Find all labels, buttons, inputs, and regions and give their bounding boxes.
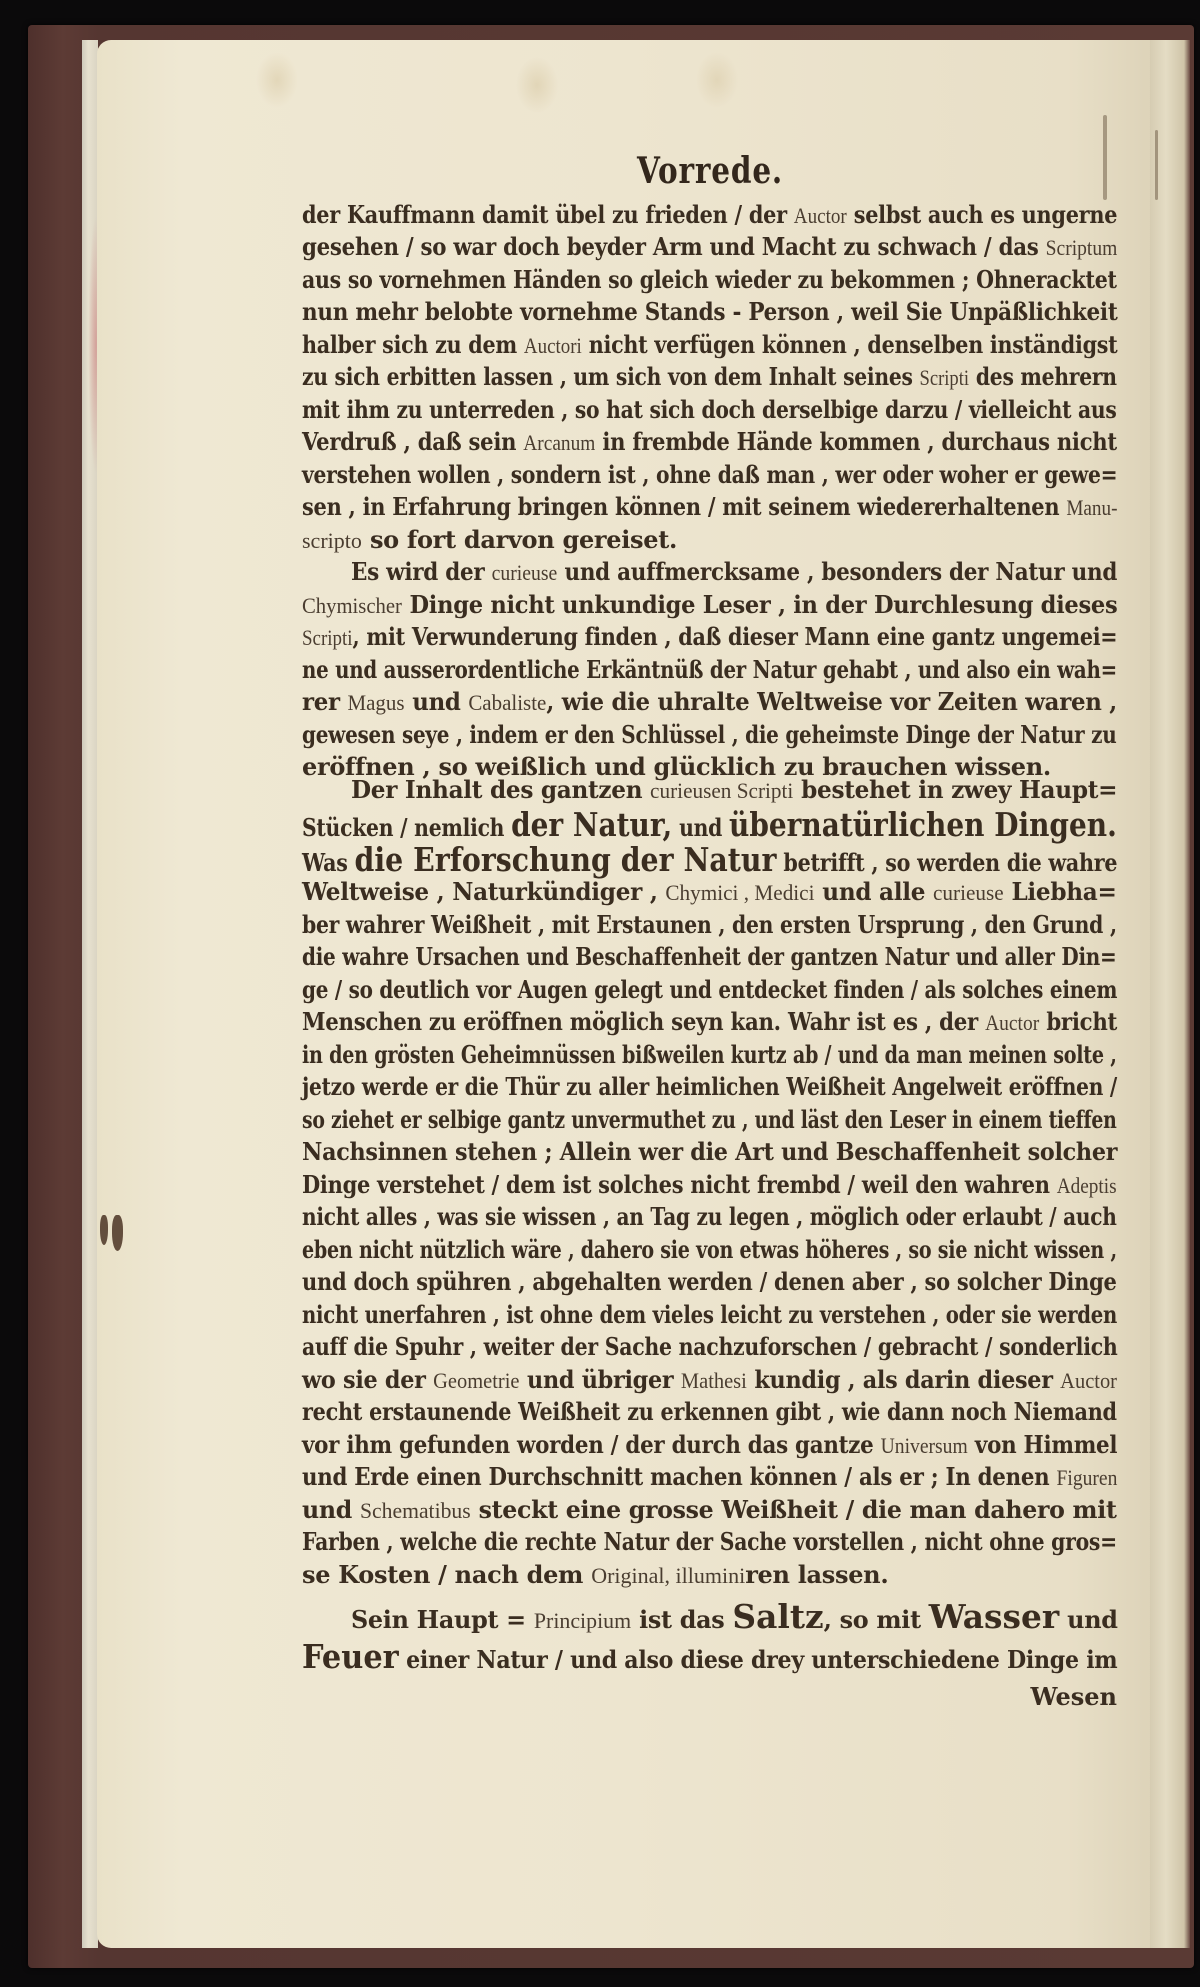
fraktur-text: in frembde Hände kommen , durchaus nicht: [595, 427, 1117, 456]
text-line: jetzo werde er die Thür zu aller heimlic…: [302, 1070, 1117, 1104]
fraktur-text: und alle: [815, 877, 933, 906]
fraktur-text: der Kauffmann damit übel zu frieden / de…: [302, 200, 794, 229]
fraktur-text: gewesen seye , indem er den Schlüssel , …: [302, 720, 1117, 749]
fraktur-text: so ziehet er selbige gantz unvermuthet z…: [302, 1105, 1117, 1134]
text-line: se Kosten / nach dem Original, illuminir…: [302, 1558, 1117, 1592]
text-line: in den grösten Geheimnüssen bißweilen ku…: [302, 1038, 1117, 1072]
fraktur-text: auff die Spuhr , weiter der Sache nachzu…: [302, 1332, 1118, 1361]
fraktur-text: eben nicht nützlich wäre , dahero sie vo…: [302, 1235, 1117, 1264]
fraktur-text: ren lassen.: [745, 1560, 888, 1589]
antiqua-word: Schematibus: [360, 1498, 471, 1523]
antiqua-word: Magus: [347, 690, 404, 715]
fraktur-text: , so mit: [824, 1605, 929, 1634]
fraktur-text: und: [1059, 1605, 1117, 1634]
antiqua-word: Auctor: [985, 1010, 1039, 1035]
text-line: recht erstaunende Weißheit zu erkennen g…: [302, 1395, 1117, 1429]
fraktur-text: Verdruß , daß sein: [302, 427, 523, 456]
text-line: ber wahrer Weißheit , mit Erstaunen , de…: [302, 908, 1117, 942]
fraktur-text: und: [302, 1495, 360, 1524]
text-line: vor ihm gefunden worden / der durch das …: [302, 1428, 1117, 1462]
text-line: Dinge verstehet / dem ist solches nicht …: [302, 1168, 1117, 1202]
fraktur-text: Stücken / nemlich: [302, 813, 511, 842]
text-line: Sein Haupt = Principium ist das Saltz, s…: [351, 1600, 1117, 1634]
fraktur-text: Liebha=: [1004, 877, 1117, 906]
fraktur-text: Es wird der: [351, 557, 492, 586]
text-line: auff die Spuhr , weiter der Sache nachzu…: [302, 1330, 1117, 1364]
antiqua-word: Chymischer: [302, 593, 402, 618]
fraktur-text: verstehen wollen , sondern ist , ohne da…: [302, 460, 1117, 489]
text-line: aus so vornehmen Händen so gleich wieder…: [302, 263, 1117, 297]
fraktur-text: die wahre Ursachen und Beschaffenheit de…: [302, 942, 1117, 971]
fraktur-text: und übriger: [520, 1365, 681, 1394]
antiqua-word: Auctori: [524, 333, 582, 358]
fraktur-text: und doch spühren , abgehalten werden / d…: [302, 1267, 1117, 1296]
antiqua-word: Auctor: [1060, 1368, 1117, 1393]
text-line: nun mehr belobte vornehme Stands - Perso…: [302, 295, 1117, 329]
fraktur-text: rer: [302, 687, 347, 716]
antiqua-word: Figuren: [1057, 1465, 1118, 1490]
text-line: Feuer einer Natur / und also diese drey …: [302, 1640, 1117, 1674]
text-line: und Erde einen Durchschnitt machen könne…: [302, 1460, 1117, 1494]
fraktur-text: recht erstaunende Weißheit zu erkennen g…: [302, 1397, 1117, 1426]
text-line: nicht alles , was sie wissen , an Tag zu…: [302, 1200, 1117, 1234]
text-line: Der Inhalt des gantzen curieusen Scripti…: [351, 773, 1117, 807]
fraktur-text: Was: [302, 848, 355, 877]
fraktur-text: Dinge verstehet / dem ist solches nicht …: [302, 1170, 1057, 1199]
fraktur-text: Dinge nicht unkundige Leser , in der Dur…: [402, 590, 1117, 619]
antiqua-word: curieusen Scripti: [650, 778, 793, 803]
fraktur-text: se Kosten / nach dem: [302, 1560, 591, 1589]
antiqua-word: Chymici , Medici: [665, 880, 814, 905]
fraktur-text: ge / so deutlich vor Augen gelegt und en…: [302, 975, 1117, 1004]
text-line: Was die Erforschung der Natur betrifft ,…: [302, 843, 1117, 877]
fraktur-text: so fort darvon gereiset.: [362, 525, 677, 554]
fraktur-text: zu sich erbitten lassen , um sich von de…: [302, 362, 919, 391]
fraktur-text: nicht alles , was sie wissen , an Tag zu…: [302, 1202, 1117, 1231]
fraktur-text: bestehet in zwey Haupt=: [793, 775, 1117, 804]
paper-damage-speck: [1155, 130, 1158, 200]
antiqua-word: Scripti: [919, 365, 969, 390]
fraktur-text: nicht verfügen können , denselben instän…: [582, 330, 1118, 359]
text-line: zu sich erbitten lassen , um sich von de…: [302, 360, 1117, 394]
text-line: und doch spühren , abgehalten werden / d…: [302, 1265, 1117, 1299]
text-line: die wahre Ursachen und Beschaffenheit de…: [302, 940, 1117, 974]
fraktur-text: in den grösten Geheimnüssen bißweilen ku…: [302, 1040, 1117, 1069]
text-line: so ziehet er selbige gantz unvermuthet z…: [302, 1103, 1117, 1137]
page-gutter: [1150, 40, 1190, 1948]
text-line: Farben , welche die rechte Natur der Sac…: [302, 1525, 1117, 1559]
fraktur-text: von Himmel: [968, 1430, 1118, 1459]
fraktur-text: ne und ausserordentliche Erkäntnüß der N…: [302, 655, 1117, 684]
antiqua-word: Geometrie: [433, 1368, 519, 1393]
fraktur-text: sen , in Erfahrung bringen können / mit …: [302, 492, 1066, 521]
text-line: Stücken / nemlich der Natur, und übernat…: [302, 808, 1117, 842]
paper-damage-speck: [1103, 115, 1107, 200]
fraktur-text: und auffmercksame , besonders der Natur …: [557, 557, 1117, 586]
emphasis-word: Wasser: [929, 1597, 1059, 1636]
fraktur-text: Farben , welche die rechte Natur der Sac…: [302, 1527, 1117, 1556]
fraktur-text: nun mehr belobte vornehme Stands - Perso…: [302, 297, 1118, 326]
text-line: der Kauffmann damit übel zu frieden / de…: [302, 198, 1117, 232]
text-line: gesehen / so war doch beyder Arm und Mac…: [302, 230, 1117, 264]
antiqua-word: Mathesi: [681, 1368, 747, 1393]
text-line: mit ihm zu unterreden , so hat sich doch…: [302, 393, 1117, 427]
fraktur-text: und Erde einen Durchschnitt machen könne…: [302, 1462, 1057, 1491]
fraktur-text: steckt eine grosse Weißheit / die man da…: [471, 1495, 1117, 1524]
text-line: rer Magus und Cabaliste, wie die uhralte…: [302, 685, 1117, 719]
text-line: sen , in Erfahrung bringen können / mit …: [302, 490, 1117, 524]
antiqua-word: Original, illumini: [591, 1563, 745, 1588]
emphasis-word: die Erforschung der Natur: [355, 840, 777, 879]
antiqua-word: Scriptum: [1046, 235, 1118, 260]
text-line: wo sie der Geometrie und übriger Mathesi…: [302, 1363, 1117, 1397]
antiqua-word: curieuse: [492, 560, 558, 585]
fraktur-text: Sein Haupt =: [351, 1605, 534, 1634]
emphasis-word: übernatürlichen Dingen.: [729, 805, 1117, 844]
fraktur-text: , wie die uhralte Weltweise vor Zeiten w…: [546, 687, 1117, 716]
fraktur-text: des mehrern: [969, 362, 1117, 391]
fraktur-text: Der Inhalt des gantzen: [351, 775, 650, 804]
catchword: Wesen: [1000, 1680, 1117, 1714]
fraktur-text: ber wahrer Weißheit , mit Erstaunen , de…: [302, 910, 1117, 939]
antiqua-word: scripto: [302, 528, 362, 553]
fraktur-text: betrifft , so werden die wahre: [776, 848, 1117, 877]
antiqua-word: Scripti: [302, 625, 353, 650]
fraktur-text: wo sie der: [302, 1365, 433, 1394]
antiqua-word: Manu-: [1066, 495, 1117, 520]
fraktur-text: Nachsinnen stehen ; Allein wer die Art u…: [302, 1137, 1117, 1166]
fraktur-text: kundig , als darin dieser: [747, 1365, 1060, 1394]
emphasis-word: Saltz: [732, 1597, 823, 1636]
emphasis-word: der Natur,: [511, 805, 672, 844]
fraktur-text: selbst auch es ungerne: [847, 200, 1117, 229]
text-line: Chymischer Dinge nicht unkundige Leser ,…: [302, 588, 1117, 622]
fraktur-text: und: [672, 813, 729, 842]
antiqua-word: Principium: [534, 1608, 631, 1633]
text-line: verstehen wollen , sondern ist , ohne da…: [302, 458, 1117, 492]
text-line: eben nicht nützlich wäre , dahero sie vo…: [302, 1233, 1117, 1267]
fraktur-text: und: [405, 687, 469, 716]
text-line: nicht unerfahren , ist ohne dem vieles l…: [302, 1298, 1117, 1332]
antiqua-word: Auctor: [794, 203, 847, 228]
antiqua-word: Universum: [881, 1433, 968, 1458]
text-line: ge / so deutlich vor Augen gelegt und en…: [302, 973, 1117, 1007]
text-line: ne und ausserordentliche Erkäntnüß der N…: [302, 653, 1117, 687]
fraktur-text: nicht unerfahren , ist ohne dem vieles l…: [302, 1300, 1117, 1329]
running-head: Vorrede.: [620, 150, 800, 192]
fraktur-text: jetzo werde er die Thür zu aller heimlic…: [302, 1072, 1117, 1101]
text-line: Menschen zu eröffnen möglich seyn kan. W…: [302, 1005, 1117, 1039]
fraktur-text: ist das: [631, 1605, 732, 1634]
fraktur-text: Weltweise , Naturkündiger ,: [302, 877, 665, 906]
emphasis-word: Feuer: [302, 1637, 399, 1676]
marginal-ink-mark: [100, 1215, 124, 1251]
fraktur-text: aus so vornehmen Händen so gleich wieder…: [302, 265, 1117, 294]
text-line: Nachsinnen stehen ; Allein wer die Art u…: [302, 1135, 1117, 1169]
antiqua-word: curieuse: [933, 880, 1004, 905]
text-line: halber sich zu dem Auctori nicht verfüge…: [302, 328, 1117, 362]
fraktur-text: bricht: [1039, 1007, 1117, 1036]
fraktur-text: Menschen zu eröffnen möglich seyn kan. W…: [302, 1007, 985, 1036]
text-line: gewesen seye , indem er den Schlüssel , …: [302, 718, 1117, 752]
text-line: Scripti, mit Verwunderung finden , daß d…: [302, 620, 1117, 654]
fraktur-text: mit ihm zu unterreden , so hat sich doch…: [302, 395, 1117, 424]
fraktur-text: einer Natur / und also diese drey unters…: [399, 1645, 1118, 1674]
text-line: Verdruß , daß sein Arcanum in frembde Hä…: [302, 425, 1117, 459]
antiqua-word: Arcanum: [523, 430, 595, 455]
text-line: Es wird der curieuse und auffmercksame ,…: [351, 555, 1117, 589]
fraktur-text: , mit Verwunderung finden , daß dieser M…: [353, 622, 1118, 651]
fraktur-text: gesehen / so war doch beyder Arm und Mac…: [302, 232, 1046, 261]
text-line: und Schematibus steckt eine grosse Weißh…: [302, 1493, 1117, 1527]
fraktur-text: vor ihm gefunden worden / der durch das …: [302, 1430, 881, 1459]
text-line: Weltweise , Naturkündiger , Chymici , Me…: [302, 875, 1117, 909]
text-line: scripto so fort darvon gereiset.: [302, 523, 1117, 557]
antiqua-word: Cabaliste: [468, 690, 546, 715]
fraktur-text: halber sich zu dem: [302, 330, 524, 359]
antiqua-word: Adeptis: [1057, 1173, 1117, 1198]
